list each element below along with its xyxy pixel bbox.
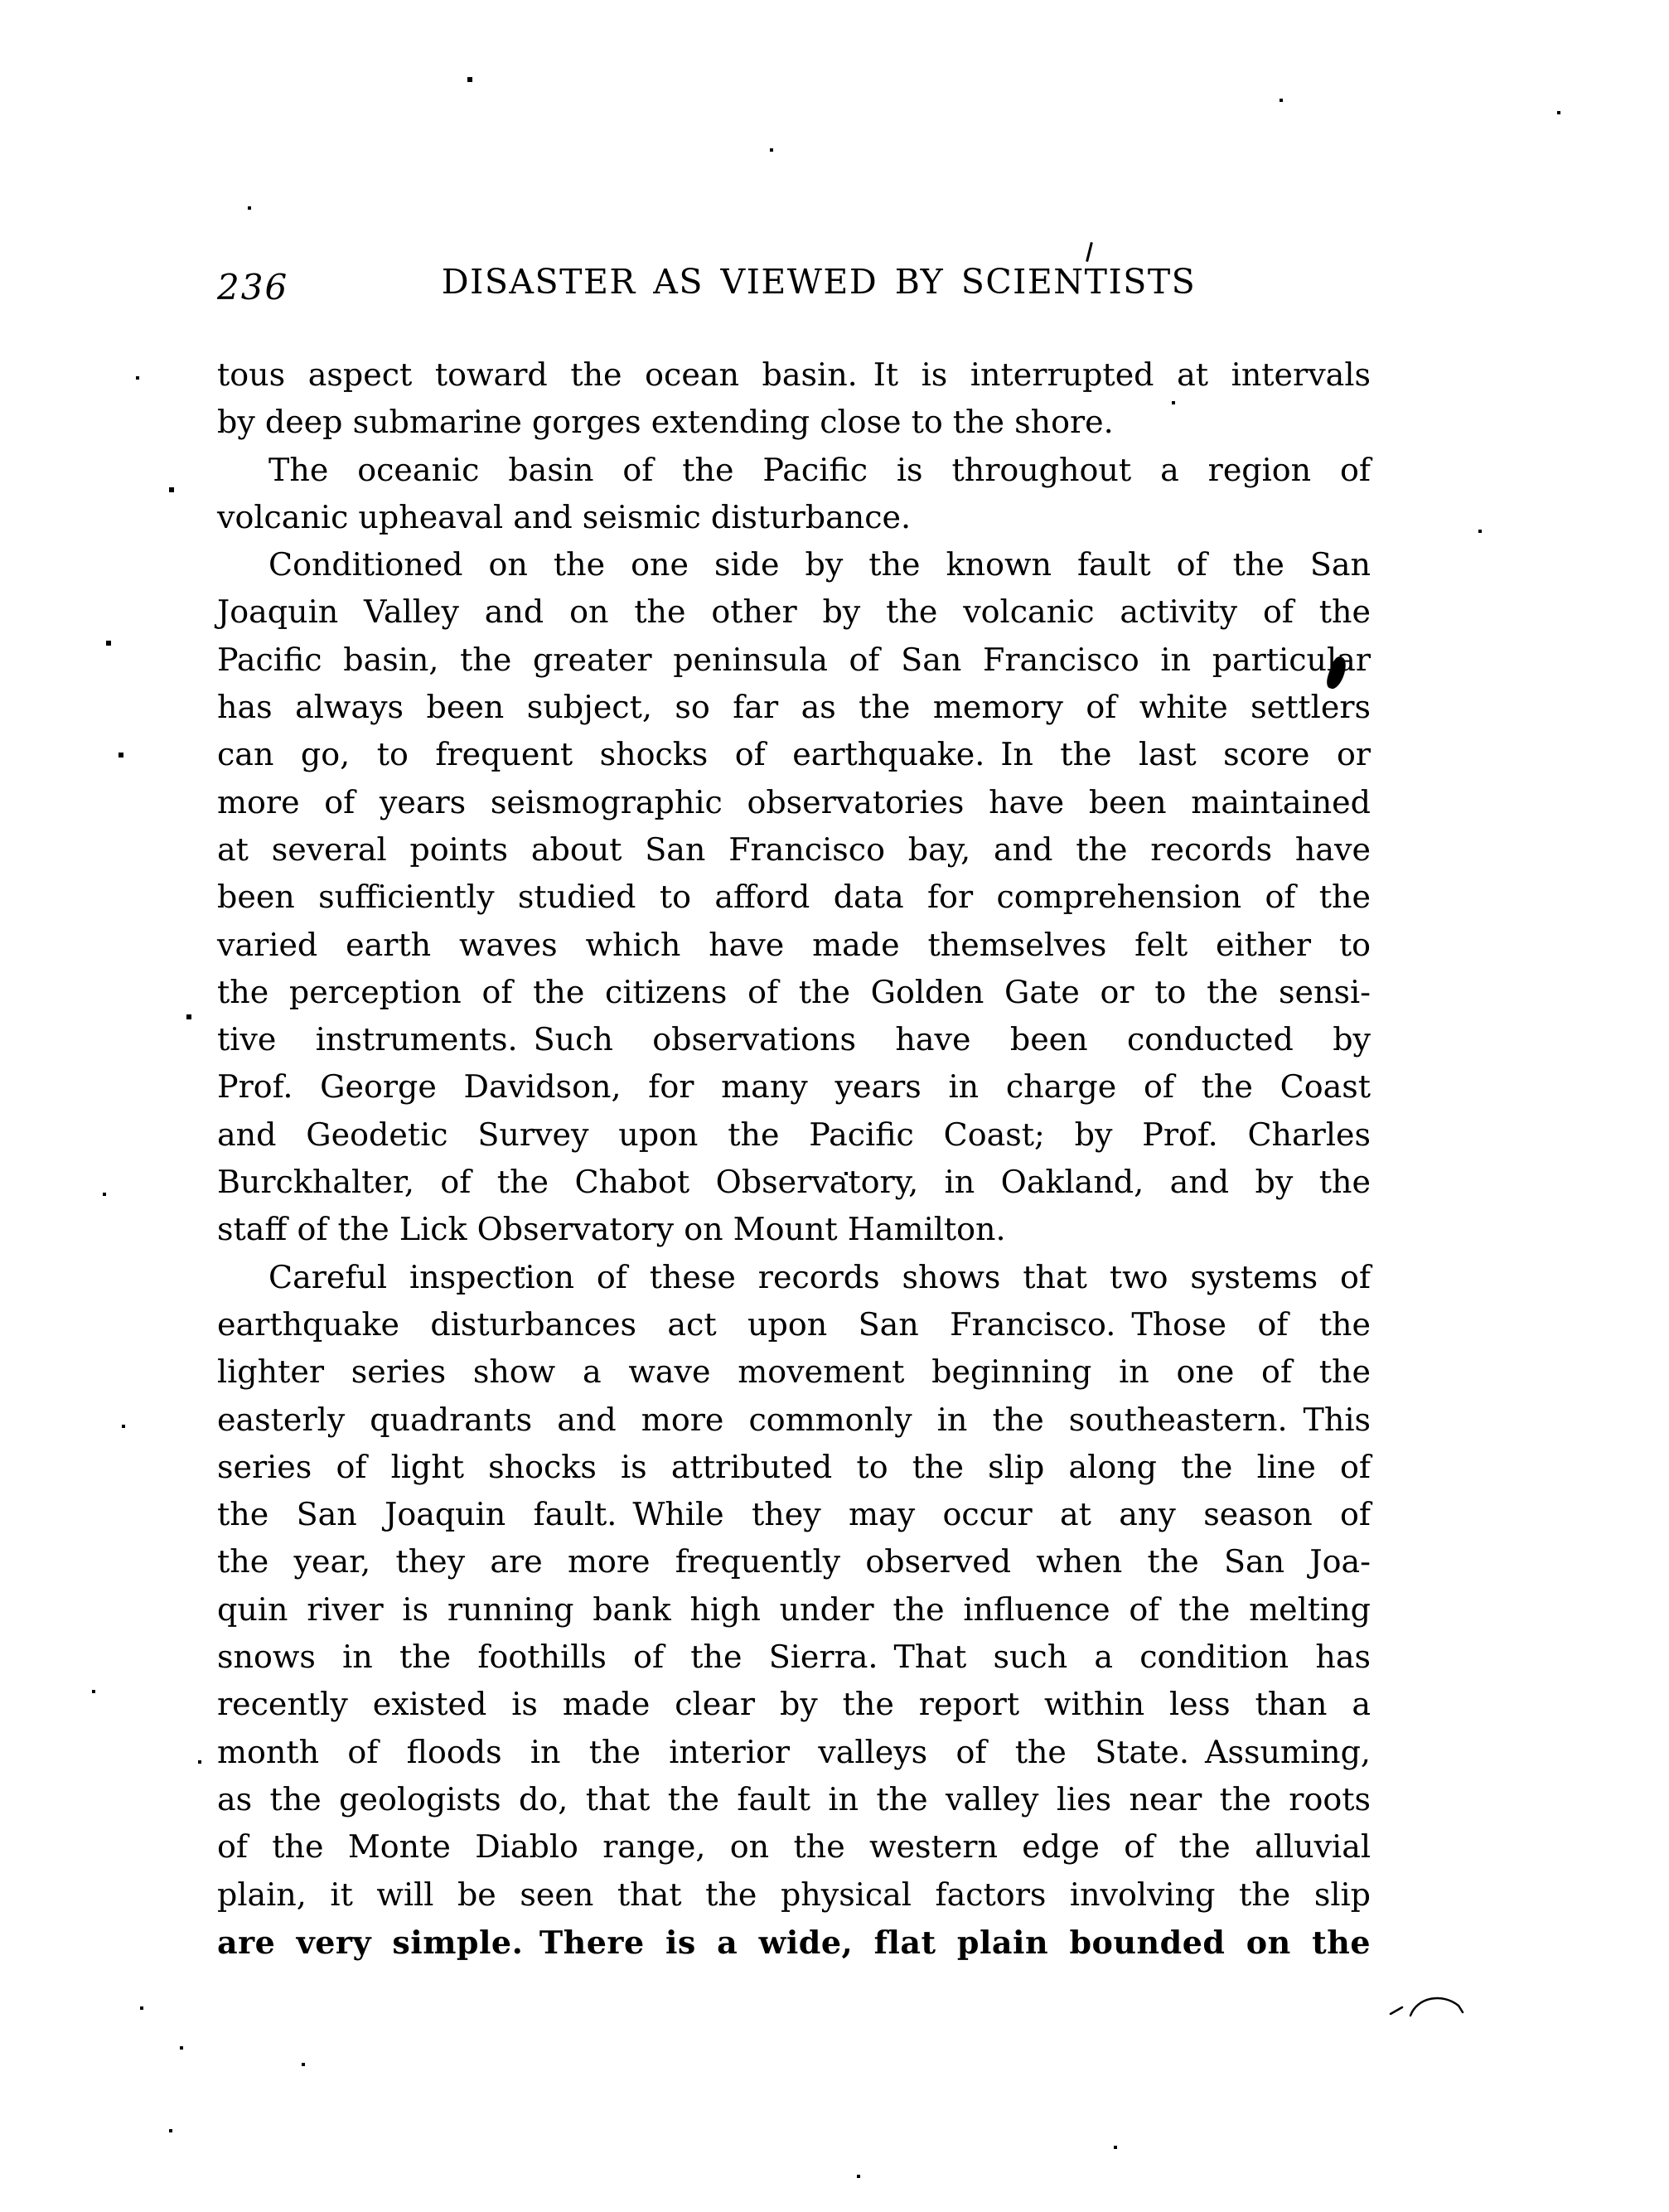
text-line: of the Monte Diablo range, on the wester… (217, 1823, 1371, 1871)
scanned-book-page: 236 DISASTER AS VIEWED BY SCIENTISTS tou… (0, 0, 1669, 2212)
text-line: the year, they are more frequently obser… (217, 1538, 1371, 1585)
text-line: Conditioned on the one side by the known… (217, 541, 1371, 588)
body-text: tous aspect toward the ocean basin. It i… (217, 351, 1371, 1966)
text-line: Pacific basin, the greater peninsula of … (217, 636, 1371, 684)
text-line: the San Joaquin fault. While they may oc… (217, 1491, 1371, 1538)
text-line: can go, to frequent shocks of earthquake… (217, 731, 1371, 778)
scan-tick-artifact (1086, 242, 1093, 262)
text-line: Burckhalter, of the Chabot Observatory, … (217, 1159, 1371, 1206)
text-line: varied earth waves which have made thems… (217, 922, 1371, 969)
text-line: Careful inspection of these records show… (217, 1254, 1371, 1301)
text-line: more of years seismographic observatorie… (217, 779, 1371, 826)
text-line: month of floods in the interior valleys … (217, 1729, 1371, 1776)
text-line: Joaquin Valley and on the other by the v… (217, 588, 1371, 636)
text-line: by deep submarine gorges extending close… (217, 399, 1371, 446)
pen-squiggle-artifact (1386, 1987, 1493, 2037)
scan-speckle-noise (0, 0, 2, 2)
text-line: has always been subject, so far as the m… (217, 684, 1371, 731)
text-line: earthquake disturbances act upon San Fra… (217, 1301, 1371, 1348)
text-line: The oceanic basin of the Pacific is thro… (217, 447, 1371, 494)
text-line: snows in the foothills of the Sierra. Th… (217, 1634, 1371, 1681)
running-header-title: DISASTER AS VIEWED BY SCIENTISTS (317, 262, 1321, 302)
text-line: quin river is running bank high under th… (217, 1586, 1371, 1634)
page-header-row: 236 DISASTER AS VIEWED BY SCIENTISTS (217, 262, 1371, 312)
text-line: series of light shocks is attributed to … (217, 1444, 1371, 1491)
text-line: tous aspect toward the ocean basin. It i… (217, 351, 1371, 399)
text-line: the perception of the citizens of the Go… (217, 969, 1371, 1016)
text-line: tive instruments. Such observations have… (217, 1016, 1371, 1063)
text-line: recently existed is made clear by the re… (217, 1681, 1371, 1728)
text-line: staff of the Lick Observatory on Mount H… (217, 1206, 1371, 1253)
text-line: plain, it will be seen that the physical… (217, 1871, 1371, 1919)
page-number: 236 (217, 267, 288, 307)
text-line: as the geologists do, that the fault in … (217, 1776, 1371, 1823)
text-line: been sufficiently studied to afford data… (217, 874, 1371, 921)
text-line: are very simple. There is a wide, flat p… (217, 1919, 1371, 1966)
text-line: and Geodetic Survey upon the Pacific Coa… (217, 1111, 1371, 1159)
text-line: lighter series show a wave movement begi… (217, 1348, 1371, 1396)
text-line: easterly quadrants and more commonly in … (217, 1396, 1371, 1444)
text-line: Prof. George Davidson, for many years in… (217, 1063, 1371, 1111)
text-line: at several points about San Francisco ba… (217, 826, 1371, 874)
text-line: volcanic upheaval and seismic disturbanc… (217, 494, 1371, 541)
